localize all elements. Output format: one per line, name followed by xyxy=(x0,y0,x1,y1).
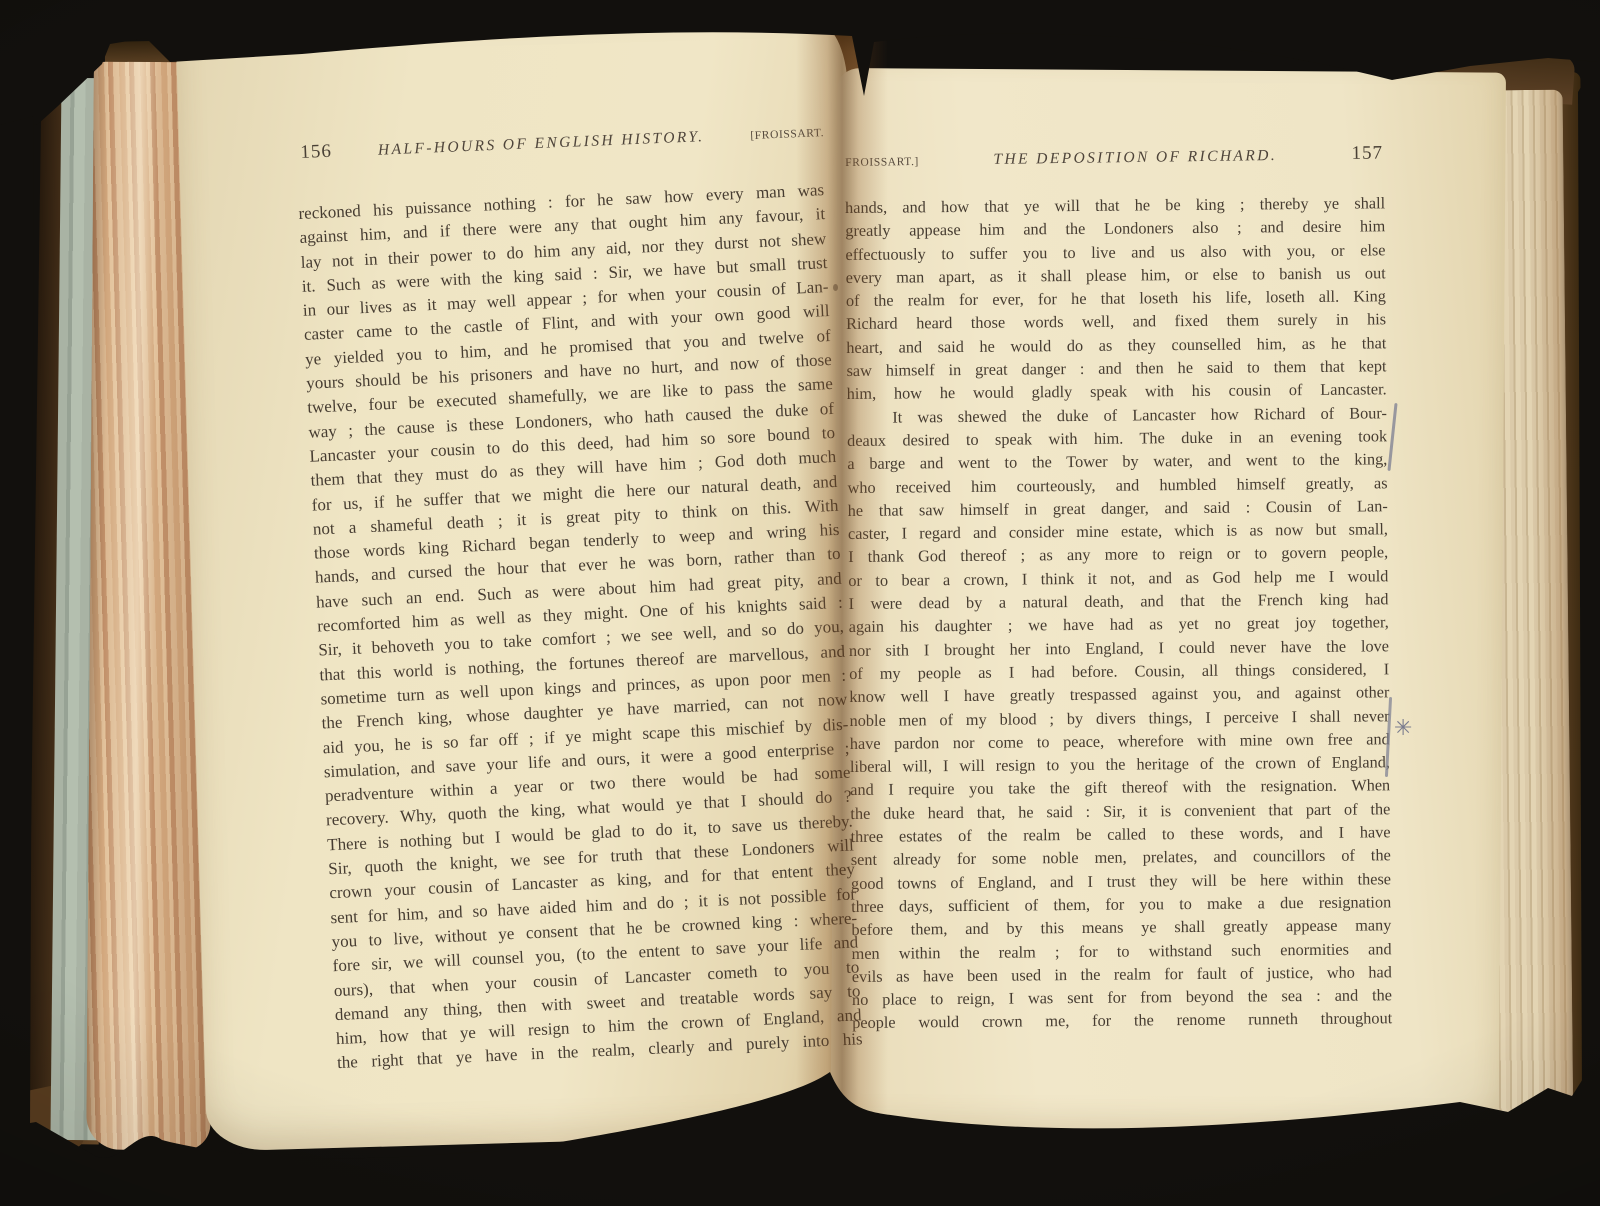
right-page-text-column: hands, and how that ye will that he be k… xyxy=(845,191,1392,1034)
book-gutter-shadow xyxy=(796,34,888,1166)
book-photograph: { "photo": { "background_color": "#12100… xyxy=(0,0,1600,1206)
right-page-number: 157 xyxy=(1351,142,1383,164)
printed-text-line: people would crown me, for the renome ru… xyxy=(852,1007,1392,1035)
left-page-number: 156 xyxy=(300,141,332,164)
left-page-text-column: reckoned his puissance nothing : for he … xyxy=(298,178,863,1076)
pencil-asterisk-icon: ✳ xyxy=(1394,716,1412,741)
